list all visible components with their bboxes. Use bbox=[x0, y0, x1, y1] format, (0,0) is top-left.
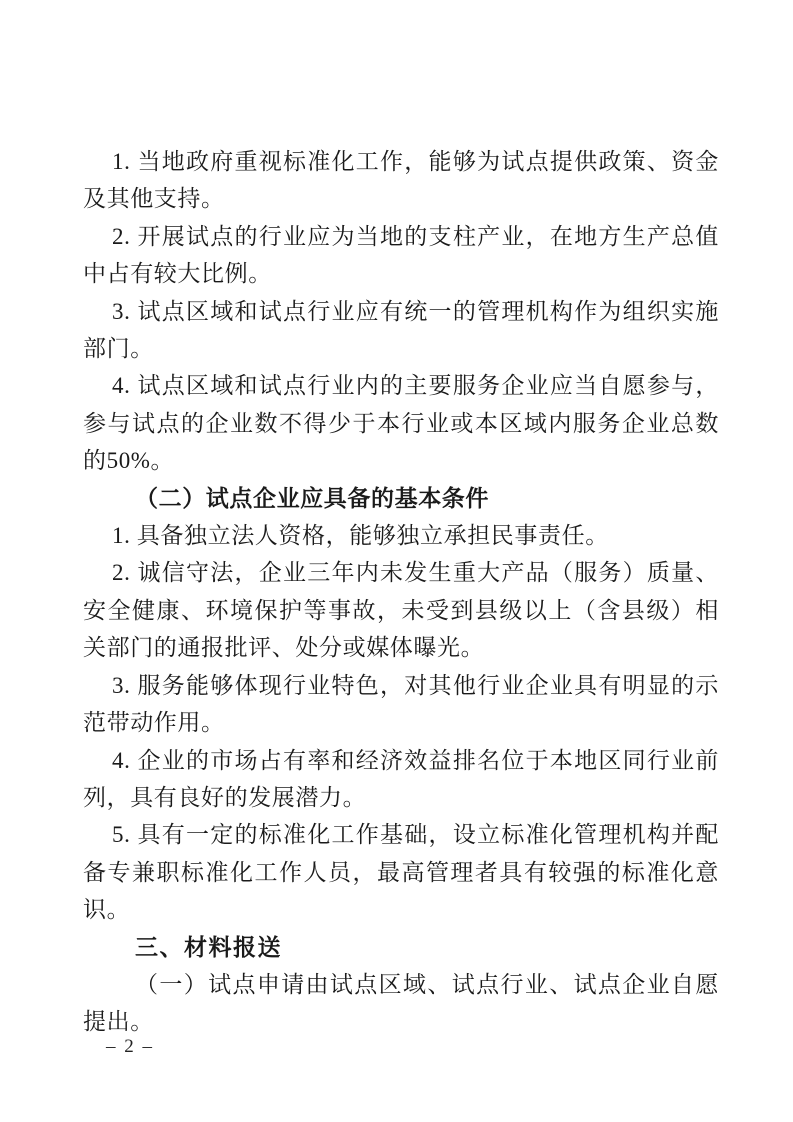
paragraph: 1. 当地政府重视标准化工作，能够为试点提供政策、资金及其他支持。 bbox=[83, 143, 719, 218]
document-body: 1. 当地政府重视标准化工作，能够为试点提供政策、资金及其他支持。 2. 开展试… bbox=[83, 143, 719, 1041]
document-page: 1. 当地政府重视标准化工作，能够为试点提供政策、资金及其他支持。 2. 开展试… bbox=[0, 0, 793, 1122]
section-heading: 三、材料报送 bbox=[83, 929, 719, 966]
paragraph: 4. 企业的市场占有率和经济效益排名位于本地区同行业前列，具有良好的发展潜力。 bbox=[83, 742, 719, 817]
paragraph: 5. 具有一定的标准化工作基础，设立标准化管理机构并配备专兼职标准化工作人员，最… bbox=[83, 816, 719, 928]
page-number: – 2 – bbox=[106, 1036, 154, 1058]
paragraph: 2. 开展试点的行业应为当地的支柱产业，在地方生产总值中占有较大比例。 bbox=[83, 218, 719, 293]
paragraph: 2. 诚信守法，企业三年内未发生重大产品（服务）质量、安全健康、环境保护等事故，… bbox=[83, 554, 719, 666]
subsection-heading: （二）试点企业应具备的基本条件 bbox=[83, 480, 719, 517]
paragraph: 3. 服务能够体现行业特色，对其他行业企业具有明显的示范带动作用。 bbox=[83, 667, 719, 742]
paragraph: 1. 具备独立法人资格，能够独立承担民事责任。 bbox=[83, 517, 719, 554]
paragraph: 4. 试点区域和试点行业内的主要服务企业应当自愿参与，参与试点的企业数不得少于本… bbox=[83, 367, 719, 479]
paragraph: 3. 试点区域和试点行业应有统一的管理机构作为组织实施部门。 bbox=[83, 293, 719, 368]
paragraph: （一）试点申请由试点区域、试点行业、试点企业自愿提出。 bbox=[83, 966, 719, 1041]
